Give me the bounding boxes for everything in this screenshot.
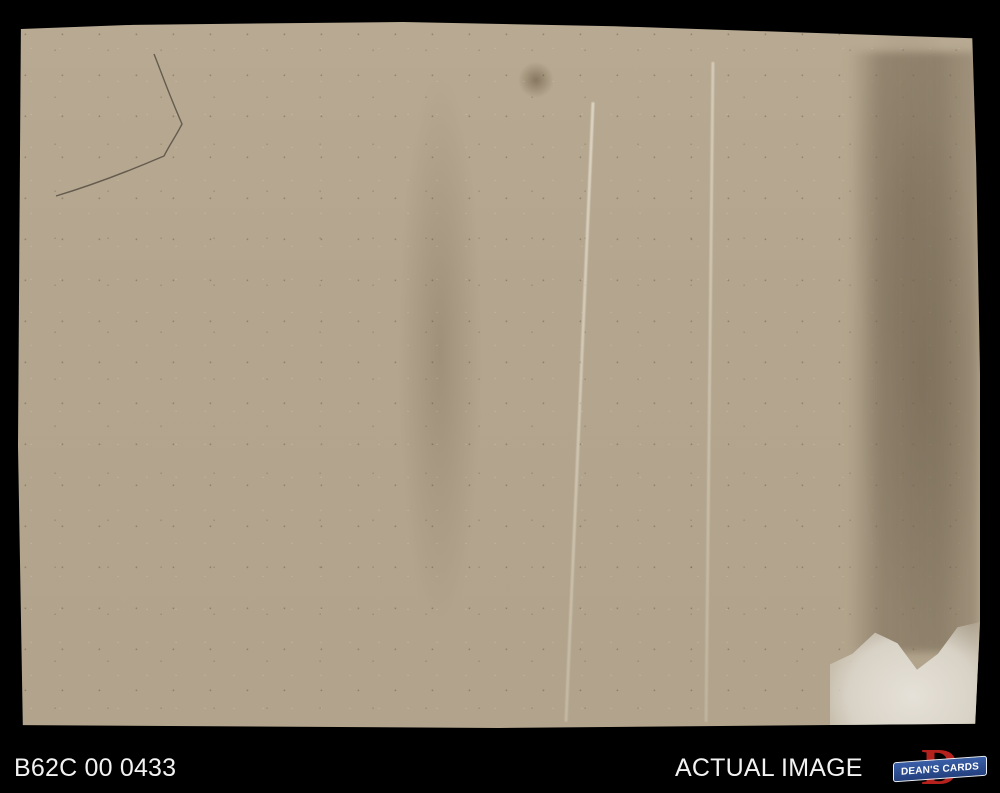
deans-cards-logo: D DEAN'S CARDS [893,746,987,790]
card-back-image [18,22,980,728]
pencil-mark [36,44,196,204]
logo-banner: DEAN'S CARDS [893,756,987,783]
photo-stage: B62C 00 0433 ACTUAL IMAGE D DEAN'S CARDS [0,0,1000,793]
card-stain [848,52,978,652]
card-crease [564,102,594,722]
actual-image-label: ACTUAL IMAGE [675,754,863,783]
card-crease [705,62,715,722]
item-code: B62C 00 0433 [14,754,176,783]
logo-text: DEAN'S CARDS [901,761,979,777]
